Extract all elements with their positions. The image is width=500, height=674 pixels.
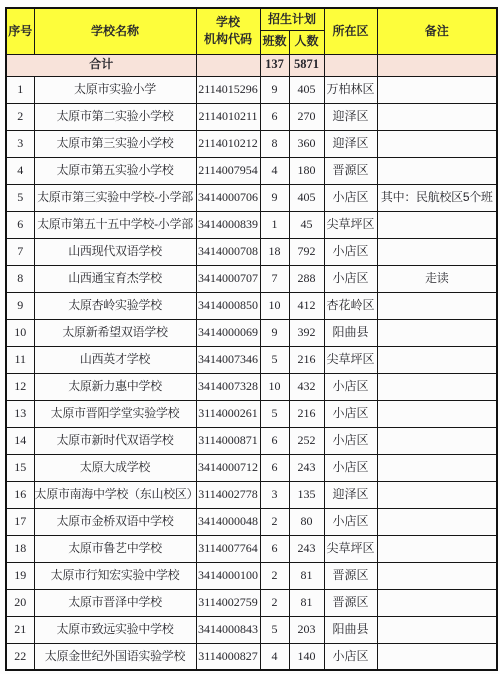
school-code: 3414000100 [196, 562, 260, 589]
school-name: 太原市鲁艺中学校 [34, 535, 196, 562]
table-header: 序号 学校名称 学校 机构代码 招生计划 所在区 备注 班数 人数 [6, 8, 497, 54]
district: 小店区 [324, 643, 377, 670]
district: 尖草坪区 [324, 346, 377, 373]
district: 小店区 [324, 454, 377, 481]
student-count: 432 [289, 373, 324, 400]
remark [377, 130, 497, 157]
school-code: 3414007346 [196, 346, 260, 373]
student-count: 180 [289, 157, 324, 184]
student-count: 252 [289, 427, 324, 454]
class-count: 4 [260, 643, 289, 670]
district: 小店区 [324, 400, 377, 427]
school-code: 3414000843 [196, 616, 260, 643]
header-classes: 班数 [260, 30, 289, 54]
student-count: 412 [289, 292, 324, 319]
student-count: 792 [289, 238, 324, 265]
school-code: 2114010211 [196, 103, 260, 130]
district: 小店区 [324, 265, 377, 292]
row-index: 10 [6, 319, 34, 346]
row-index: 20 [6, 589, 34, 616]
enrollment-plan-table: 序号 学校名称 学校 机构代码 招生计划 所在区 备注 班数 人数 合计 [5, 7, 498, 671]
school-code: 3414000712 [196, 454, 260, 481]
class-count: 6 [260, 103, 289, 130]
table-row: 8 山西通宝育杰学校 3414000707 7 288 小店区 走读 [6, 265, 497, 292]
student-count: 270 [289, 103, 324, 130]
district: 阳曲县 [324, 319, 377, 346]
remark [377, 535, 497, 562]
school-name: 太原市新时代双语学校 [34, 427, 196, 454]
total-remark [377, 54, 497, 76]
row-index: 12 [6, 373, 34, 400]
class-count: 4 [260, 157, 289, 184]
header-school-name: 学校名称 [34, 8, 196, 54]
district: 晋源区 [324, 157, 377, 184]
header-students: 人数 [289, 30, 324, 54]
table-row: 21 太原市致远实验中学校 3414000843 5 203 阳曲县 [6, 616, 497, 643]
table-row: 20 太原市晋泽中学校 3114002759 2 81 晋源区 [6, 589, 497, 616]
school-code: 3414007328 [196, 373, 260, 400]
header-school-code-line2: 机构代码 [197, 31, 260, 48]
district: 尖草坪区 [324, 535, 377, 562]
district: 万柏林区 [324, 76, 377, 103]
remark [377, 346, 497, 373]
school-name: 太原大成学校 [34, 454, 196, 481]
student-count: 392 [289, 319, 324, 346]
total-code [196, 54, 260, 76]
class-count: 10 [260, 373, 289, 400]
student-count: 405 [289, 76, 324, 103]
table-row: 15 太原大成学校 3414000712 6 243 小店区 [6, 454, 497, 481]
district: 迎泽区 [324, 130, 377, 157]
row-index: 5 [6, 184, 34, 211]
table-row: 13 太原市晋阳学堂实验学校 3114000261 5 216 小店区 [6, 400, 497, 427]
table-row: 16 太原市南海中学校（东山校区） 3114002778 3 135 迎泽区 [6, 481, 497, 508]
class-count: 2 [260, 589, 289, 616]
header-index: 序号 [6, 8, 34, 54]
total-label: 合计 [6, 54, 196, 76]
class-count: 9 [260, 319, 289, 346]
class-count: 6 [260, 427, 289, 454]
school-name: 太原市第二实验小学校 [34, 103, 196, 130]
class-count: 8 [260, 130, 289, 157]
class-count: 2 [260, 562, 289, 589]
district: 小店区 [324, 184, 377, 211]
table-body: 合计 137 5871 1 太原市实验小学 2114015296 9 405 万… [6, 54, 497, 670]
row-index: 3 [6, 130, 34, 157]
school-code: 2114015296 [196, 76, 260, 103]
remark [377, 481, 497, 508]
district: 迎泽区 [324, 481, 377, 508]
table-row: 5 太原市第三实验中学校-小学部 3414000706 9 405 小店区 其中… [6, 184, 497, 211]
class-count: 9 [260, 184, 289, 211]
table-row: 22 太原金世纪外国语实验学校 3114000827 4 140 小店区 [6, 643, 497, 670]
school-code: 3414000839 [196, 211, 260, 238]
school-code: 3114000827 [196, 643, 260, 670]
school-name: 山西英才学校 [34, 346, 196, 373]
school-code: 2114010212 [196, 130, 260, 157]
class-count: 3 [260, 481, 289, 508]
table-row: 19 太原市行知宏实验中学校 3414000100 2 81 晋源区 [6, 562, 497, 589]
remark: 其中：民航校区5个班 [377, 184, 497, 211]
school-code: 3414000707 [196, 265, 260, 292]
student-count: 216 [289, 346, 324, 373]
student-count: 405 [289, 184, 324, 211]
row-index: 15 [6, 454, 34, 481]
table-row: 18 太原市鲁艺中学校 3114007764 6 243 尖草坪区 [6, 535, 497, 562]
table-row: 14 太原市新时代双语学校 3114000871 6 252 小店区 [6, 427, 497, 454]
row-index: 17 [6, 508, 34, 535]
remark [377, 373, 497, 400]
row-index: 21 [6, 616, 34, 643]
remark [377, 157, 497, 184]
row-index: 2 [6, 103, 34, 130]
school-name: 太原市行知宏实验中学校 [34, 562, 196, 589]
remark: 走读 [377, 265, 497, 292]
remark [377, 616, 497, 643]
school-code: 2114007954 [196, 157, 260, 184]
header-school-code: 学校 机构代码 [196, 8, 260, 54]
class-count: 1 [260, 211, 289, 238]
table-row: 2 太原市第二实验小学校 2114010211 6 270 迎泽区 [6, 103, 497, 130]
class-count: 5 [260, 346, 289, 373]
remark [377, 427, 497, 454]
remark [377, 103, 497, 130]
total-classes: 137 [260, 54, 289, 76]
school-code: 3114002759 [196, 589, 260, 616]
remark [377, 643, 497, 670]
total-row: 合计 137 5871 [6, 54, 497, 76]
header-district: 所在区 [324, 8, 377, 54]
school-code: 3414000048 [196, 508, 260, 535]
table-row: 3 太原市第三实验小学校 2114010212 8 360 迎泽区 [6, 130, 497, 157]
remark [377, 238, 497, 265]
header-plan: 招生计划 [260, 8, 324, 30]
total-district [324, 54, 377, 76]
table-row: 17 太原市金桥双语中学校 3414000048 2 80 小店区 [6, 508, 497, 535]
school-code: 3114002778 [196, 481, 260, 508]
school-name: 太原新希望双语学校 [34, 319, 196, 346]
class-count: 2 [260, 508, 289, 535]
row-index: 19 [6, 562, 34, 589]
class-count: 18 [260, 238, 289, 265]
school-name: 太原金世纪外国语实验学校 [34, 643, 196, 670]
school-name: 山西通宝育杰学校 [34, 265, 196, 292]
header-remark: 备注 [377, 8, 497, 54]
table-row: 4 太原市第五实验小学校 2114007954 4 180 晋源区 [6, 157, 497, 184]
table-row: 6 太原市第五十五中学校-小学部 3414000839 1 45 尖草坪区 [6, 211, 497, 238]
school-name: 太原市晋阳学堂实验学校 [34, 400, 196, 427]
class-count: 7 [260, 265, 289, 292]
school-name: 太原市致远实验中学校 [34, 616, 196, 643]
row-index: 16 [6, 481, 34, 508]
row-index: 9 [6, 292, 34, 319]
row-index: 11 [6, 346, 34, 373]
row-index: 22 [6, 643, 34, 670]
student-count: 360 [289, 130, 324, 157]
student-count: 140 [289, 643, 324, 670]
remark [377, 319, 497, 346]
student-count: 243 [289, 535, 324, 562]
table-row: 12 太原新力惠中学校 3414007328 10 432 小店区 [6, 373, 497, 400]
district: 小店区 [324, 373, 377, 400]
student-count: 81 [289, 589, 324, 616]
school-code: 3114000261 [196, 400, 260, 427]
school-name: 太原市第五实验小学校 [34, 157, 196, 184]
row-index: 7 [6, 238, 34, 265]
remark [377, 589, 497, 616]
school-code: 3414000069 [196, 319, 260, 346]
student-count: 135 [289, 481, 324, 508]
student-count: 216 [289, 400, 324, 427]
district: 阳曲县 [324, 616, 377, 643]
district: 小店区 [324, 508, 377, 535]
school-code: 3114007764 [196, 535, 260, 562]
school-name: 太原杏岭实验学校 [34, 292, 196, 319]
remark [377, 562, 497, 589]
header-school-code-line1: 学校 [197, 14, 260, 31]
student-count: 288 [289, 265, 324, 292]
district: 迎泽区 [324, 103, 377, 130]
district: 小店区 [324, 238, 377, 265]
remark [377, 211, 497, 238]
district: 尖草坪区 [324, 211, 377, 238]
district: 晋源区 [324, 562, 377, 589]
student-count: 243 [289, 454, 324, 481]
total-students: 5871 [289, 54, 324, 76]
table-row: 10 太原新希望双语学校 3414000069 9 392 阳曲县 [6, 319, 497, 346]
school-code: 3414000708 [196, 238, 260, 265]
row-index: 8 [6, 265, 34, 292]
school-name: 太原市第三实验中学校-小学部 [34, 184, 196, 211]
table-row: 7 山西现代双语学校 3414000708 18 792 小店区 [6, 238, 497, 265]
table-row: 9 太原杏岭实验学校 3414000850 10 412 杏花岭区 [6, 292, 497, 319]
school-code: 3414000850 [196, 292, 260, 319]
district: 晋源区 [324, 589, 377, 616]
school-name: 太原市南海中学校（东山校区） [34, 481, 196, 508]
row-index: 6 [6, 211, 34, 238]
student-count: 45 [289, 211, 324, 238]
row-index: 18 [6, 535, 34, 562]
row-index: 1 [6, 76, 34, 103]
school-code: 3414000706 [196, 184, 260, 211]
school-name: 太原市第三实验小学校 [34, 130, 196, 157]
remark [377, 508, 497, 535]
school-name: 太原市晋泽中学校 [34, 589, 196, 616]
page: 序号 学校名称 学校 机构代码 招生计划 所在区 备注 班数 人数 合计 [0, 0, 500, 674]
class-count: 5 [260, 400, 289, 427]
district: 小店区 [324, 427, 377, 454]
class-count: 9 [260, 76, 289, 103]
student-count: 203 [289, 616, 324, 643]
table-row: 1 太原市实验小学 2114015296 9 405 万柏林区 [6, 76, 497, 103]
student-count: 80 [289, 508, 324, 535]
district: 杏花岭区 [324, 292, 377, 319]
school-name: 太原市第五十五中学校-小学部 [34, 211, 196, 238]
row-index: 13 [6, 400, 34, 427]
school-name: 太原市实验小学 [34, 76, 196, 103]
class-count: 5 [260, 616, 289, 643]
remark [377, 292, 497, 319]
remark [377, 400, 497, 427]
remark [377, 454, 497, 481]
student-count: 81 [289, 562, 324, 589]
row-index: 14 [6, 427, 34, 454]
school-name: 山西现代双语学校 [34, 238, 196, 265]
class-count: 6 [260, 454, 289, 481]
class-count: 6 [260, 535, 289, 562]
school-name: 太原新力惠中学校 [34, 373, 196, 400]
class-count: 10 [260, 292, 289, 319]
school-name: 太原市金桥双语中学校 [34, 508, 196, 535]
remark [377, 76, 497, 103]
row-index: 4 [6, 157, 34, 184]
school-code: 3114000871 [196, 427, 260, 454]
table-row: 11 山西英才学校 3414007346 5 216 尖草坪区 [6, 346, 497, 373]
